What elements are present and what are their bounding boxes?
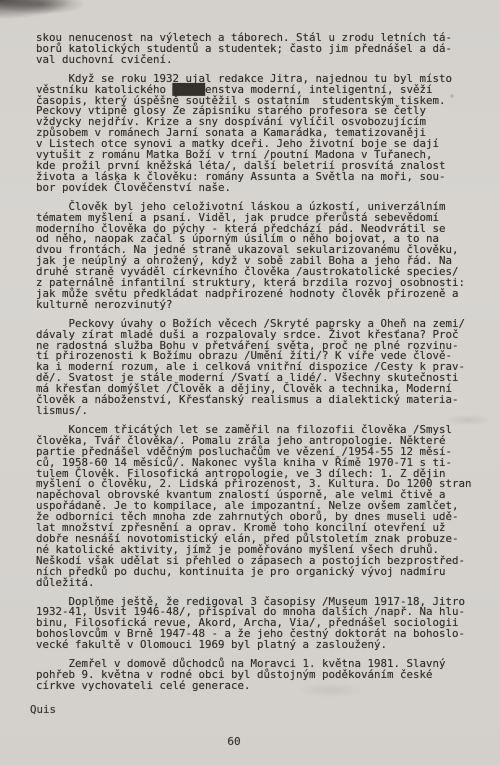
paragraph: Když se roku 1932 ujal redakce Jitra, na… [36,74,474,194]
paragraph: Peckovy úvahy o Božích věcech /Skryté pa… [36,319,474,417]
scanned-document-page: skou nenucenost na výletech a táborech. … [0,0,500,765]
paragraph: skou nenucenost na výletech a táborech. … [36,33,474,66]
paragraph: Doplňme ještě, že redigoval 3 časopisy /… [36,597,474,652]
author-signature: Quis [30,703,56,716]
paragraph: Koncem třicátých let se zaměřil na filoz… [36,425,474,589]
paragraph: Zemřel v domově důchodců na Moravci 1. k… [36,659,474,692]
document-body: skou nenucenost na výletech a táborech. … [36,33,474,700]
page-number: 60 [0,735,468,748]
paragraph: Člověk byl jeho celoživotní láskou a úzk… [36,202,474,311]
